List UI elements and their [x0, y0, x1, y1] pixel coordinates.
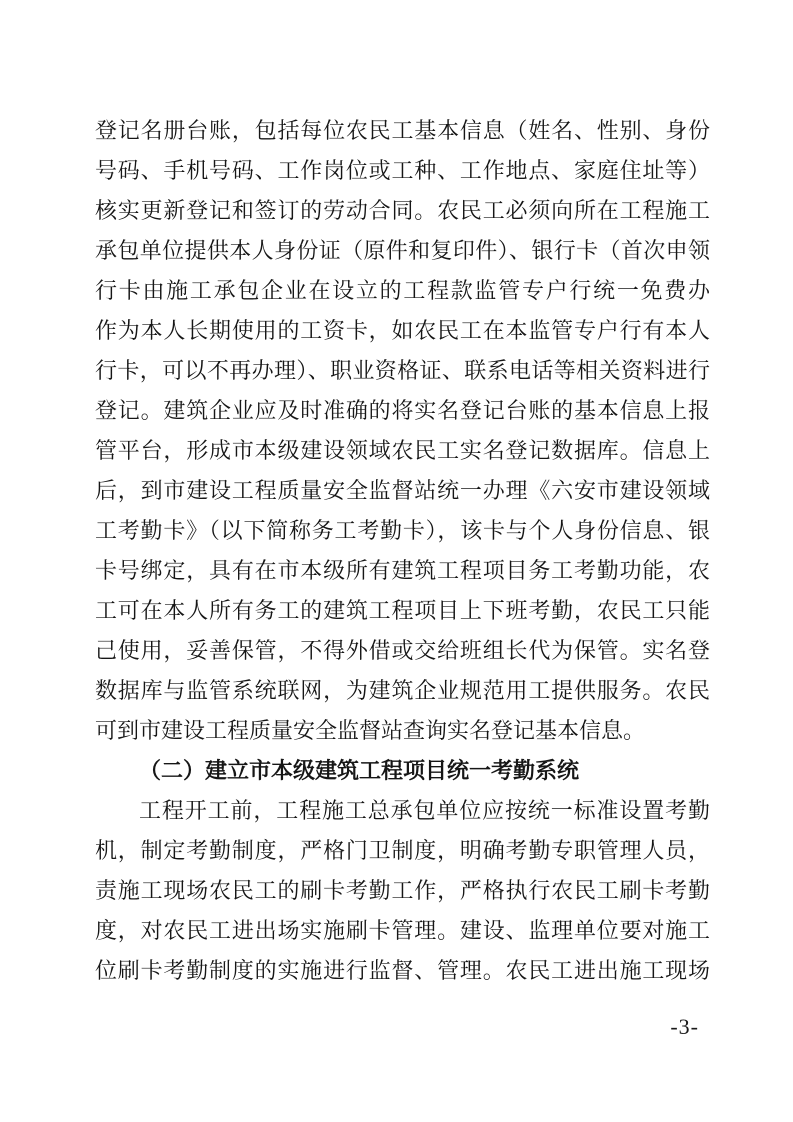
text-line: 己使用，妥善保管，不得外借或交给班组长代为保管。实名登记	[95, 631, 710, 671]
text-line: 数据库与监管系统联网，为建筑企业规范用工提供服务。农民工	[95, 671, 710, 711]
text-line: 卡号绑定，具有在市本级所有建筑工程项目务工考勤功能，农民	[95, 551, 710, 591]
text-line: 度，对农民工进出场实施刷卡管理。建设、监理单位要对施工单	[95, 911, 710, 951]
text-line: 位刷卡考勤制度的实施进行监督、管理。农民工进出施工现场必	[95, 951, 710, 991]
text-line: 可到市建设工程质量安全监督站查询实名登记基本信息。	[95, 711, 710, 751]
text-line: 行卡由施工承包企业在设立的工程款监管专户行统一免费办理，	[95, 271, 710, 311]
text-line: 核实更新登记和签订的劳动合同。农民工必须向所在工程施工总	[95, 191, 710, 231]
document-page: 登记名册台账，包括每位农民工基本信息（姓名、性别、身份证号码、手机号码、工作岗位…	[0, 0, 793, 1122]
text-line: 工可在本人所有务工的建筑工程项目上下班考勤，农民工只能自	[95, 591, 710, 631]
document-body: 登记名册台账，包括每位农民工基本信息（姓名、性别、身份证号码、手机号码、工作岗位…	[95, 111, 710, 991]
text-line: 后，到市建设工程质量安全监督站统一办理《六安市建设领域务	[95, 471, 710, 511]
text-line: 机，制定考勤制度，严格门卫制度，明确考勤专职管理人员，负	[95, 831, 710, 871]
text-line: 作为本人长期使用的工资卡，如农民工在本监管专户行有本人银	[95, 311, 710, 351]
text-line: 工考勤卡》（以下简称务工考勤卡），该卡与个人身份信息、银行	[95, 511, 710, 551]
text-line: 责施工现场农民工的刷卡考勤工作，严格执行农民工刷卡考勤制	[95, 871, 710, 911]
text-line: 登记。建筑企业应及时准确的将实名登记台账的基本信息上报监	[95, 391, 710, 431]
text-line: 承包单位提供本人身份证（原件和复印件）、银行卡（首次申领银	[95, 231, 710, 271]
text-line: 管平台，形成市本级建设领域农民工实名登记数据库。信息上报	[95, 431, 710, 471]
text-line: 行卡，可以不再办理）、职业资格证、联系电话等相关资料进行	[95, 351, 710, 391]
page-number: -3-	[670, 1014, 699, 1040]
text-line: 登记名册台账，包括每位农民工基本信息（姓名、性别、身份证	[95, 111, 710, 151]
text-line: 工程开工前，工程施工总承包单位应按统一标准设置考勤	[95, 791, 710, 831]
section-heading: （二）建立市本级建筑工程项目统一考勤系统	[95, 751, 710, 791]
text-line: 号码、手机号码、工作岗位或工种、工作地点、家庭住址等）的	[95, 151, 710, 191]
